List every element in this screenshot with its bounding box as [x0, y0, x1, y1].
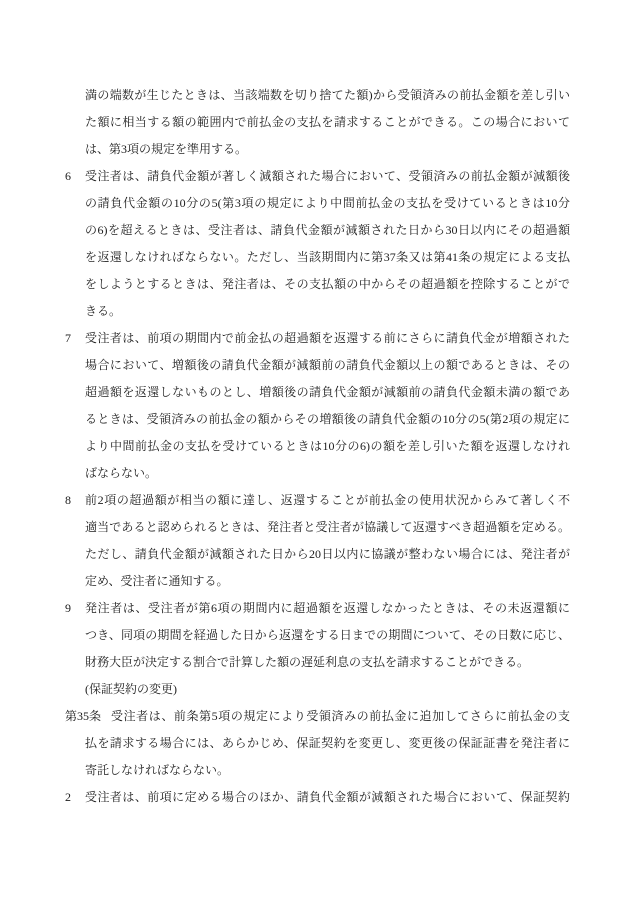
clause-number [65, 136, 85, 163]
text-line: 7受注者は、前項の期間内で前金払の超過額を返還する前にさらに請負代金が増額された [65, 325, 570, 352]
clause-number [65, 622, 85, 649]
clause-number [65, 514, 85, 541]
line-text: た額に相当する額の範囲内で前払金の支払を請求することができる。この場合において [85, 109, 570, 136]
clause-number [65, 244, 85, 271]
line-text: 適当であると認められるときは、発注者と受注者が協議して返還すべき超過額を定める。 [85, 514, 570, 541]
line-text: をしようとするときは、発注者は、その支払額の中からその超過額を控除することがで [85, 271, 570, 298]
text-line: 8前2項の超過額が相当の額に達し、返還することが前払金の使用状況からみて著しく不 [65, 487, 570, 514]
clause-number [65, 379, 85, 406]
text-line: 6受注者は、請負代金額が著しく減額された場合において、受領済みの前払金額が減額後 [65, 163, 570, 190]
line-text: 寄託しなければならない。 [85, 757, 570, 784]
clause-number [65, 217, 85, 244]
clause-number [65, 109, 85, 136]
line-text: 受注者は、前項に定める場合のほか、請負代金額が減額された場合において、保証契約 [85, 784, 570, 811]
clause-number [65, 568, 85, 595]
clause-number: 9 [65, 595, 85, 622]
clause-number [65, 757, 85, 784]
clause-number: 8 [65, 487, 85, 514]
line-text: 場合において、増額後の請負代金額が減額前の請負代金額以上の額であるときは、その [85, 352, 570, 379]
clause-number [65, 298, 85, 325]
line-text: 定め、受注者に通知する。 [85, 568, 570, 595]
clause-number: 2 [65, 784, 85, 811]
text-line: るときは、受領済みの前払金の額からその増額後の請負代金額の10分の5(第2項の規… [65, 406, 570, 433]
clause-number: 第35条 [65, 703, 101, 730]
text-line: をしようとするときは、発注者は、その支払額の中からその超過額を控除することがで [65, 271, 570, 298]
text-line: 場合において、増額後の請負代金額が減額前の請負代金額以上の額であるときは、その [65, 352, 570, 379]
line-text: 満の端数が生じたときは、当該端数を切り捨てた額)から受領済みの前払金額を差し引い [85, 82, 570, 109]
line-text: は、第3項の規定を準用する。 [85, 136, 570, 163]
clause-number [65, 82, 85, 109]
clause-number [65, 541, 85, 568]
text-line: ばならない。 [65, 460, 570, 487]
text-line: (保証契約の変更) [65, 676, 570, 703]
line-text: の請負代金額の10分の5(第3項の規定により中間前払金の支払を受けているときは1… [85, 190, 570, 217]
line-text: るときは、受領済みの前払金の額からその増額後の請負代金額の10分の5(第2項の規… [85, 406, 570, 433]
line-text: ばならない。 [85, 460, 570, 487]
line-text: より中間前払金の支払を受けているときは10分の6)の額を差し引いた額を返還しなけ… [85, 433, 570, 460]
clause-number [65, 190, 85, 217]
line-text: きる。 [85, 298, 570, 325]
clause-number [65, 352, 85, 379]
line-text: 払を請求する場合には、あらかじめ、保証契約を変更し、変更後の保証証書を発注者に [85, 730, 570, 757]
text-line: た額に相当する額の範囲内で前払金の支払を請求することができる。この場合において [65, 109, 570, 136]
line-text: の6)を超えるときは、受注者は、請負代金額が減額された日から30日以内にその超過… [85, 217, 570, 244]
clause-number [65, 676, 85, 703]
text-line: 適当であると認められるときは、発注者と受注者が協議して返還すべき超過額を定める。 [65, 514, 570, 541]
line-text: を返還しなければならない。ただし、当該期間内に第37条又は第41条の規定による支… [85, 244, 570, 271]
line-text: 超過額を返還しないものとし、増額後の請負代金額が減額前の請負代金額未満の額であ [85, 379, 570, 406]
text-line: を返還しなければならない。ただし、当該期間内に第37条又は第41条の規定による支… [65, 244, 570, 271]
line-text: ただし、請負代金額が減額された日から20日以内に協議が整わない場合には、発注者が [85, 541, 570, 568]
clause-number [65, 649, 85, 676]
line-text: 受注者は、前項の期間内で前金払の超過額を返還する前にさらに請負代金が増額された [85, 325, 570, 352]
text-line: 払を請求する場合には、あらかじめ、保証契約を変更し、変更後の保証証書を発注者に [65, 730, 570, 757]
document-body: 満の端数が生じたときは、当該端数を切り捨てた額)から受領済みの前払金額を差し引い… [65, 82, 570, 811]
text-line: きる。 [65, 298, 570, 325]
text-line: の請負代金額の10分の5(第3項の規定により中間前払金の支払を受けているときは1… [65, 190, 570, 217]
line-text: 発注者は、受注者が第6項の期間内に超過額を返還しなかったときは、その未返還額に [85, 595, 570, 622]
text-line: 定め、受注者に通知する。 [65, 568, 570, 595]
document-page: 満の端数が生じたときは、当該端数を切り捨てた額)から受領済みの前払金額を差し引い… [0, 0, 630, 903]
clause-number [65, 730, 85, 757]
clause-number [65, 460, 85, 487]
line-text: つき、同項の期間を経過した日から返還をする日までの期間について、その日数に応じ、 [85, 622, 570, 649]
clause-number [65, 406, 85, 433]
text-line: より中間前払金の支払を受けているときは10分の6)の額を差し引いた額を返還しなけ… [65, 433, 570, 460]
line-text: 前2項の超過額が相当の額に達し、返還することが前払金の使用状況からみて著しく不 [85, 487, 570, 514]
text-line: の6)を超えるときは、受注者は、請負代金額が減額された日から30日以内にその超過… [65, 217, 570, 244]
clause-number: 6 [65, 163, 85, 190]
text-line: ただし、請負代金額が減額された日から20日以内に協議が整わない場合には、発注者が [65, 541, 570, 568]
line-text: 受注者は、請負代金額が著しく減額された場合において、受領済みの前払金額が減額後 [85, 163, 570, 190]
clause-number [65, 433, 85, 460]
text-line: 満の端数が生じたときは、当該端数を切り捨てた額)から受領済みの前払金額を差し引い [65, 82, 570, 109]
text-line: つき、同項の期間を経過した日から返還をする日までの期間について、その日数に応じ、 [65, 622, 570, 649]
clause-number: 7 [65, 325, 85, 352]
clause-number [65, 271, 85, 298]
text-line: は、第3項の規定を準用する。 [65, 136, 570, 163]
text-line: 財務大臣が決定する割合で計算した額の遅延利息の支払を請求することができる。 [65, 649, 570, 676]
text-line: 超過額を返還しないものとし、増額後の請負代金額が減額前の請負代金額未満の額であ [65, 379, 570, 406]
text-line: 2受注者は、前項に定める場合のほか、請負代金額が減額された場合において、保証契約 [65, 784, 570, 811]
line-text: 財務大臣が決定する割合で計算した額の遅延利息の支払を請求することができる。 [85, 649, 570, 676]
line-text: 受注者は、前条第5項の規定により受領済みの前払金に追加してさらに前払金の支 [111, 703, 570, 730]
line-text: (保証契約の変更) [85, 676, 570, 703]
text-line: 9発注者は、受注者が第6項の期間内に超過額を返還しなかったときは、その未返還額に [65, 595, 570, 622]
text-line: 第35条受注者は、前条第5項の規定により受領済みの前払金に追加してさらに前払金の… [65, 703, 570, 730]
text-line: 寄託しなければならない。 [65, 757, 570, 784]
